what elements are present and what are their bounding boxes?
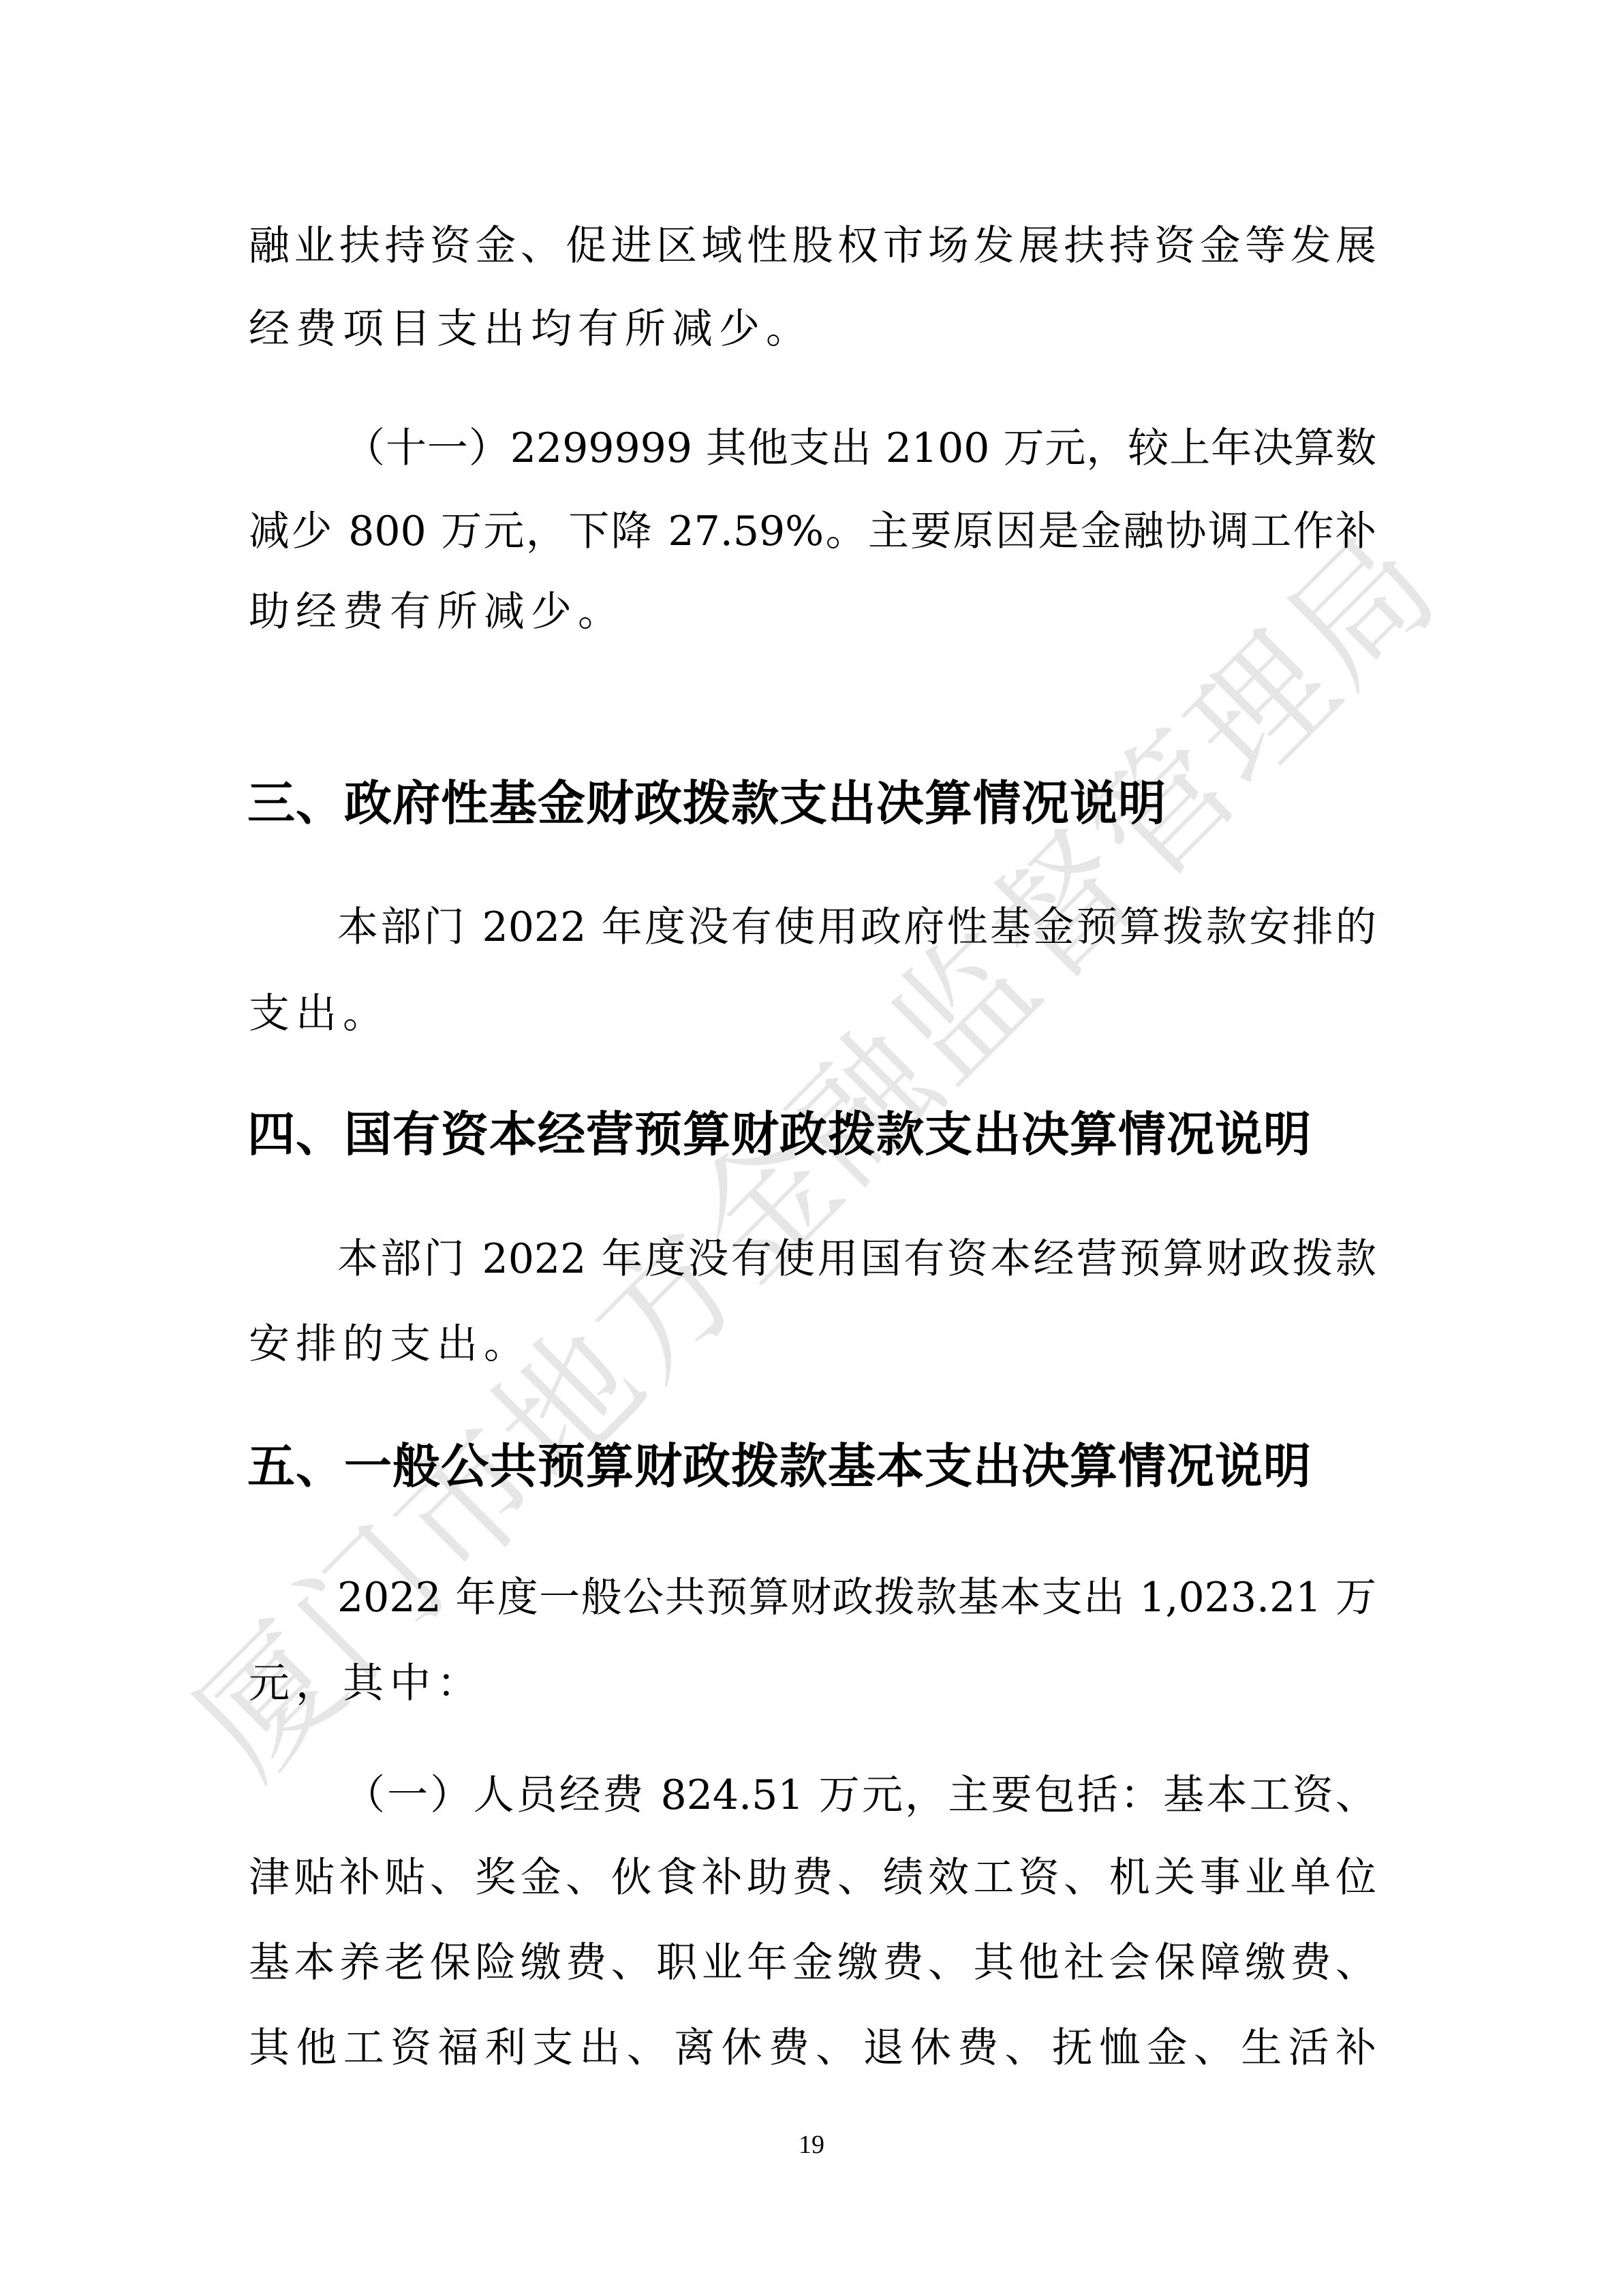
paragraph-line: 2022 年度一般公共预算财政拨款基本支出 1,023.21 万 <box>337 1576 1376 1619</box>
paragraph-line: 经费项目支出均有所减少。 <box>249 307 813 351</box>
paragraph-line: 减少 800 万元，下降 27.59%。主要原因是金融协调工作补 <box>249 510 1376 553</box>
section-heading-5: 五、一般公共预算财政拨款基本支出决算情况说明 <box>247 1441 1312 1491</box>
paragraph-line: 融业扶持资金、促进区域性股权市场发展扶持资金等发展 <box>249 224 1376 268</box>
paragraph-line: （十一）2299999 其他支出 2100 万元，较上年决算数 <box>344 426 1376 470</box>
paragraph-line: 本部门 2022 年度没有使用国有资本经营预算财政拨款 <box>337 1237 1376 1281</box>
page-number: 19 <box>777 2131 846 2158</box>
document-page: 厦门市地方金融监督管理局 融业扶持资金、促进区域性股权市场发展扶持资金等发展 经… <box>0 0 1623 2296</box>
paragraph-line: 其他工资福利支出、离休费、退休费、抚恤金、生活补 <box>249 2026 1376 2070</box>
paragraph-line: 本部门 2022 年度没有使用政府性基金预算拨款安排的 <box>337 905 1376 949</box>
paragraph-line: 助经费有所减少。 <box>249 590 625 634</box>
paragraph-line: （一）人员经费 824.51 万元，主要包括：基本工资、 <box>344 1773 1376 1817</box>
paragraph-line: 安排的支出。 <box>249 1322 531 1366</box>
paragraph-line: 基本养老保险缴费、职业年金缴费、其他社会保障缴费、 <box>249 1941 1376 1985</box>
paragraph-line: 元，其中： <box>249 1662 484 1705</box>
paragraph-line: 津贴补贴、奖金、伙食补助费、绩效工资、机关事业单位 <box>249 1856 1376 1899</box>
section-heading-4: 四、国有资本经营预算财政拨款支出决算情况说明 <box>247 1109 1312 1160</box>
paragraph-line: 支出。 <box>249 992 390 1036</box>
section-heading-3: 三、政府性基金财政拨款支出决算情况说明 <box>247 778 1166 828</box>
